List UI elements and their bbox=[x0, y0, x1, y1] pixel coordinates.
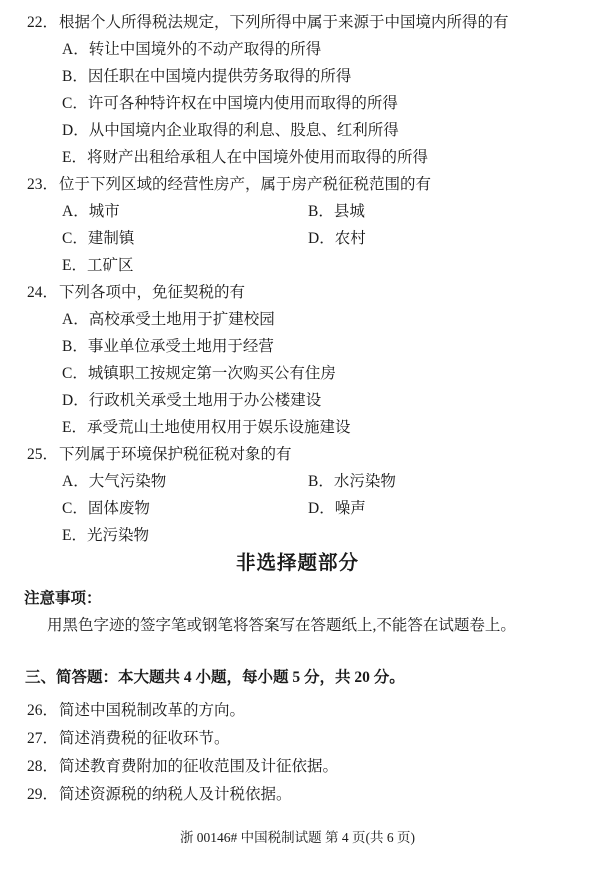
option-label: A． bbox=[62, 41, 89, 58]
option-label: E． bbox=[62, 419, 87, 436]
question-23-option-row-1: A．城市 B．县城 bbox=[0, 198, 595, 225]
question-23-option-e: E．工矿区 bbox=[0, 252, 595, 279]
option-text: 噪声 bbox=[335, 500, 366, 517]
option-label: C． bbox=[62, 230, 88, 247]
question-22-number: 22． bbox=[27, 14, 58, 31]
question-22-option-d: D．从中国境内企业取得的利息、股息、红利所得 bbox=[0, 117, 595, 144]
option-text: 城镇职工按规定第一次购买公有住房 bbox=[88, 365, 336, 382]
question-25-number: 25． bbox=[27, 446, 58, 463]
option-text: 行政机关承受土地用于办公楼建设 bbox=[89, 392, 322, 409]
option-label: B． bbox=[308, 203, 334, 220]
question-26-number: 26． bbox=[27, 702, 58, 719]
question-29-number: 29． bbox=[27, 786, 58, 803]
option-text: 光污染物 bbox=[87, 527, 149, 544]
option-label: C． bbox=[62, 95, 88, 112]
question-24-option-a: A．高校承受土地用于扩建校园 bbox=[0, 306, 595, 333]
option-text: 大气污染物 bbox=[89, 473, 167, 490]
question-24-option-d: D．行政机关承受土地用于办公楼建设 bbox=[0, 387, 595, 414]
option-text: 建制镇 bbox=[88, 230, 135, 247]
question-24-option-e: E．承受荒山土地使用权用于娱乐设施建设 bbox=[0, 414, 595, 441]
option-text: 因任职在中国境内提供劳务取得的所得 bbox=[88, 68, 352, 85]
question-22-option-c: C．许可各种特许权在中国境内使用而取得的所得 bbox=[0, 90, 595, 117]
question-23-option-a: A．城市 bbox=[0, 198, 308, 225]
option-text: 水污染物 bbox=[334, 473, 396, 490]
question-24-option-b: B．事业单位承受土地用于经营 bbox=[0, 333, 595, 360]
option-text: 工矿区 bbox=[87, 257, 134, 274]
option-text: 转让中国境外的不动产取得的所得 bbox=[89, 41, 322, 58]
question-25-option-a: A．大气污染物 bbox=[0, 468, 308, 495]
question-25-option-row-1: A．大气污染物 B．水污染物 bbox=[0, 468, 595, 495]
question-22-option-a: A．转让中国境外的不动产取得的所得 bbox=[0, 36, 595, 63]
section-heading: 非选择题部分 bbox=[0, 549, 595, 579]
option-label: C． bbox=[62, 365, 88, 382]
option-text: 许可各种特许权在中国境内使用而取得的所得 bbox=[88, 95, 398, 112]
question-22-option-b: B．因任职在中国境内提供劳务取得的所得 bbox=[0, 63, 595, 90]
option-text: 城市 bbox=[89, 203, 120, 220]
page-footer: 浙 00146# 中国税制试题 第 4 页(共 6 页) bbox=[0, 828, 595, 848]
question-24-option-c: C．城镇职工按规定第一次购买公有住房 bbox=[0, 360, 595, 387]
question-27: 27．简述消费税的征收环节。 bbox=[0, 725, 595, 753]
option-text: 将财产出租给承租人在中国境外使用而取得的所得 bbox=[87, 149, 428, 166]
option-label: B． bbox=[62, 338, 88, 355]
option-label: C． bbox=[62, 500, 88, 517]
option-text: 固体废物 bbox=[88, 500, 150, 517]
question-25-option-b: B．水污染物 bbox=[308, 468, 595, 495]
short-answer-header: 三、简答题：本大题共 4 小题，每小题 5 分，共 20 分。 bbox=[0, 664, 595, 691]
notice-body: 用黑色字迹的签字笔或钢笔将答案写在答题纸上,不能答在试题卷上。 bbox=[0, 612, 595, 639]
question-24-stem: 下列各项中，免征契税的有 bbox=[59, 284, 245, 301]
question-26: 26．简述中国税制改革的方向。 bbox=[0, 697, 595, 725]
question-27-number: 27． bbox=[27, 730, 58, 747]
question-29: 29．简述资源税的纳税人及计税依据。 bbox=[0, 781, 595, 809]
question-28-text: 简述教育费附加的征收范围及计征依据。 bbox=[59, 758, 338, 775]
question-22-stem: 根据个人所得税法规定，下列所得中属于来源于中国境内所得的有 bbox=[59, 14, 509, 31]
option-text: 高校承受土地用于扩建校园 bbox=[89, 311, 275, 328]
question-28: 28．简述教育费附加的征收范围及计征依据。 bbox=[0, 753, 595, 781]
option-label: A． bbox=[62, 203, 89, 220]
question-29-text: 简述资源税的纳税人及计税依据。 bbox=[59, 786, 292, 803]
question-25: 25．下列属于环境保护税征税对象的有 bbox=[0, 441, 595, 468]
option-label: D． bbox=[308, 500, 335, 517]
option-label: D． bbox=[308, 230, 335, 247]
question-23-stem: 位于下列区域的经营性房产，属于房产税征税范围的有 bbox=[59, 176, 431, 193]
exam-page: 22．根据个人所得税法规定，下列所得中属于来源于中国境内所得的有 A．转让中国境… bbox=[0, 0, 595, 870]
option-text: 事业单位承受土地用于经营 bbox=[88, 338, 274, 355]
question-26-text: 简述中国税制改革的方向。 bbox=[59, 702, 245, 719]
option-label: E． bbox=[62, 149, 87, 166]
question-23-option-b: B．县城 bbox=[308, 198, 595, 225]
question-27-text: 简述消费税的征收环节。 bbox=[59, 730, 230, 747]
question-23: 23．位于下列区域的经营性房产，属于房产税征税范围的有 bbox=[0, 171, 595, 198]
question-24: 24．下列各项中，免征契税的有 bbox=[0, 279, 595, 306]
option-label: B． bbox=[62, 68, 88, 85]
question-23-number: 23． bbox=[27, 176, 58, 193]
question-28-number: 28． bbox=[27, 758, 58, 775]
question-24-number: 24． bbox=[27, 284, 58, 301]
question-25-stem: 下列属于环境保护税征税对象的有 bbox=[59, 446, 292, 463]
exam-content: 22．根据个人所得税法规定，下列所得中属于来源于中国境内所得的有 A．转让中国境… bbox=[0, 0, 595, 848]
option-label: B． bbox=[308, 473, 334, 490]
question-22: 22．根据个人所得税法规定，下列所得中属于来源于中国境内所得的有 bbox=[0, 9, 595, 36]
question-25-option-row-2: C．固体废物 D．噪声 bbox=[0, 495, 595, 522]
question-25-option-d: D．噪声 bbox=[308, 495, 595, 522]
option-text: 从中国境内企业取得的利息、股息、红利所得 bbox=[89, 122, 399, 139]
question-23-option-c: C．建制镇 bbox=[0, 225, 308, 252]
option-text: 农村 bbox=[335, 230, 366, 247]
option-label: D． bbox=[62, 122, 89, 139]
question-22-option-e: E．将财产出租给承租人在中国境外使用而取得的所得 bbox=[0, 144, 595, 171]
option-text: 县城 bbox=[334, 203, 365, 220]
option-label: A． bbox=[62, 473, 89, 490]
question-23-option-row-2: C．建制镇 D．农村 bbox=[0, 225, 595, 252]
option-label: D． bbox=[62, 392, 89, 409]
option-label: A． bbox=[62, 311, 89, 328]
option-label: E． bbox=[62, 527, 87, 544]
option-label: E． bbox=[62, 257, 87, 274]
notice-title: 注意事项： bbox=[0, 585, 595, 612]
option-text: 承受荒山土地使用权用于娱乐设施建设 bbox=[87, 419, 351, 436]
question-25-option-c: C．固体废物 bbox=[0, 495, 308, 522]
question-23-option-d: D．农村 bbox=[308, 225, 595, 252]
question-25-option-e: E．光污染物 bbox=[0, 522, 595, 549]
